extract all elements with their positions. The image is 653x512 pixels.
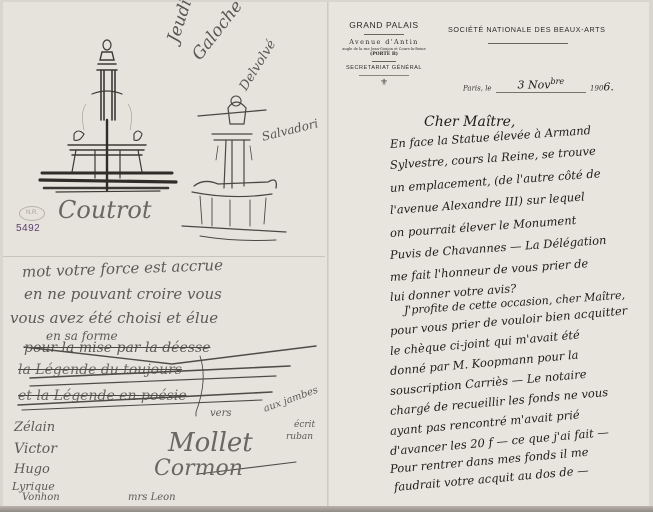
ornament-divider	[364, 34, 404, 35]
margin-note-vonhon: Vonhon	[22, 492, 60, 503]
scanned-document: Coutrot Jeudi Galoche Delvolvé Salvadori…	[0, 0, 653, 512]
ornament-divider	[488, 43, 568, 44]
letterhead-door: (PORTE B)	[336, 52, 432, 57]
year-printed: 190	[590, 85, 603, 93]
margin-note-victor: Victor	[14, 441, 57, 457]
letterhead-department: SECRETARIAT GÉNÉRAL	[336, 65, 432, 71]
strikethrough-marks-icon	[0, 0, 330, 512]
note-mrs-leon: mrs Leon	[128, 492, 176, 503]
date-handwritten: 3 Novbre	[496, 77, 586, 93]
date-line: Paris, le 3 Novbre 1906.	[463, 79, 614, 95]
year-handwritten: 6.	[603, 81, 614, 94]
letter-greeting: Cher Maître,	[424, 114, 515, 130]
margin-note-ruban: ruban	[286, 432, 313, 442]
date-day-month: 3 Nov	[517, 79, 550, 92]
margin-note-ecrit: écrit	[294, 420, 315, 430]
rule-divider	[372, 61, 396, 62]
signature-cormon: Cormon	[154, 456, 243, 481]
scan-edge-shadow	[0, 506, 653, 512]
margin-note-vers: vers	[210, 408, 231, 419]
margin-note-hugo: Hugo	[14, 462, 50, 477]
date-prefix: Paris, le	[463, 85, 492, 93]
fleur-emblem-icon: ⚜	[336, 78, 432, 88]
date-superscript: bre	[550, 77, 564, 86]
margin-note-zelain: Zélain	[14, 420, 55, 435]
letterhead-society: SOCIÉTÉ NATIONALE DES BEAUX-ARTS	[448, 25, 606, 34]
letterhead-title: GRAND PALAIS	[336, 20, 432, 30]
letterhead-grand-palais: GRAND PALAIS Avenue d'Antin angle de la …	[336, 20, 432, 88]
rule-divider	[359, 75, 409, 76]
letterhead-address: Avenue d'Antin	[336, 38, 432, 46]
letterhead-address-detail: angle de la rue Jean-Goujon et Cours-la-…	[336, 47, 432, 51]
signature-mollet: Mollet	[168, 428, 253, 458]
